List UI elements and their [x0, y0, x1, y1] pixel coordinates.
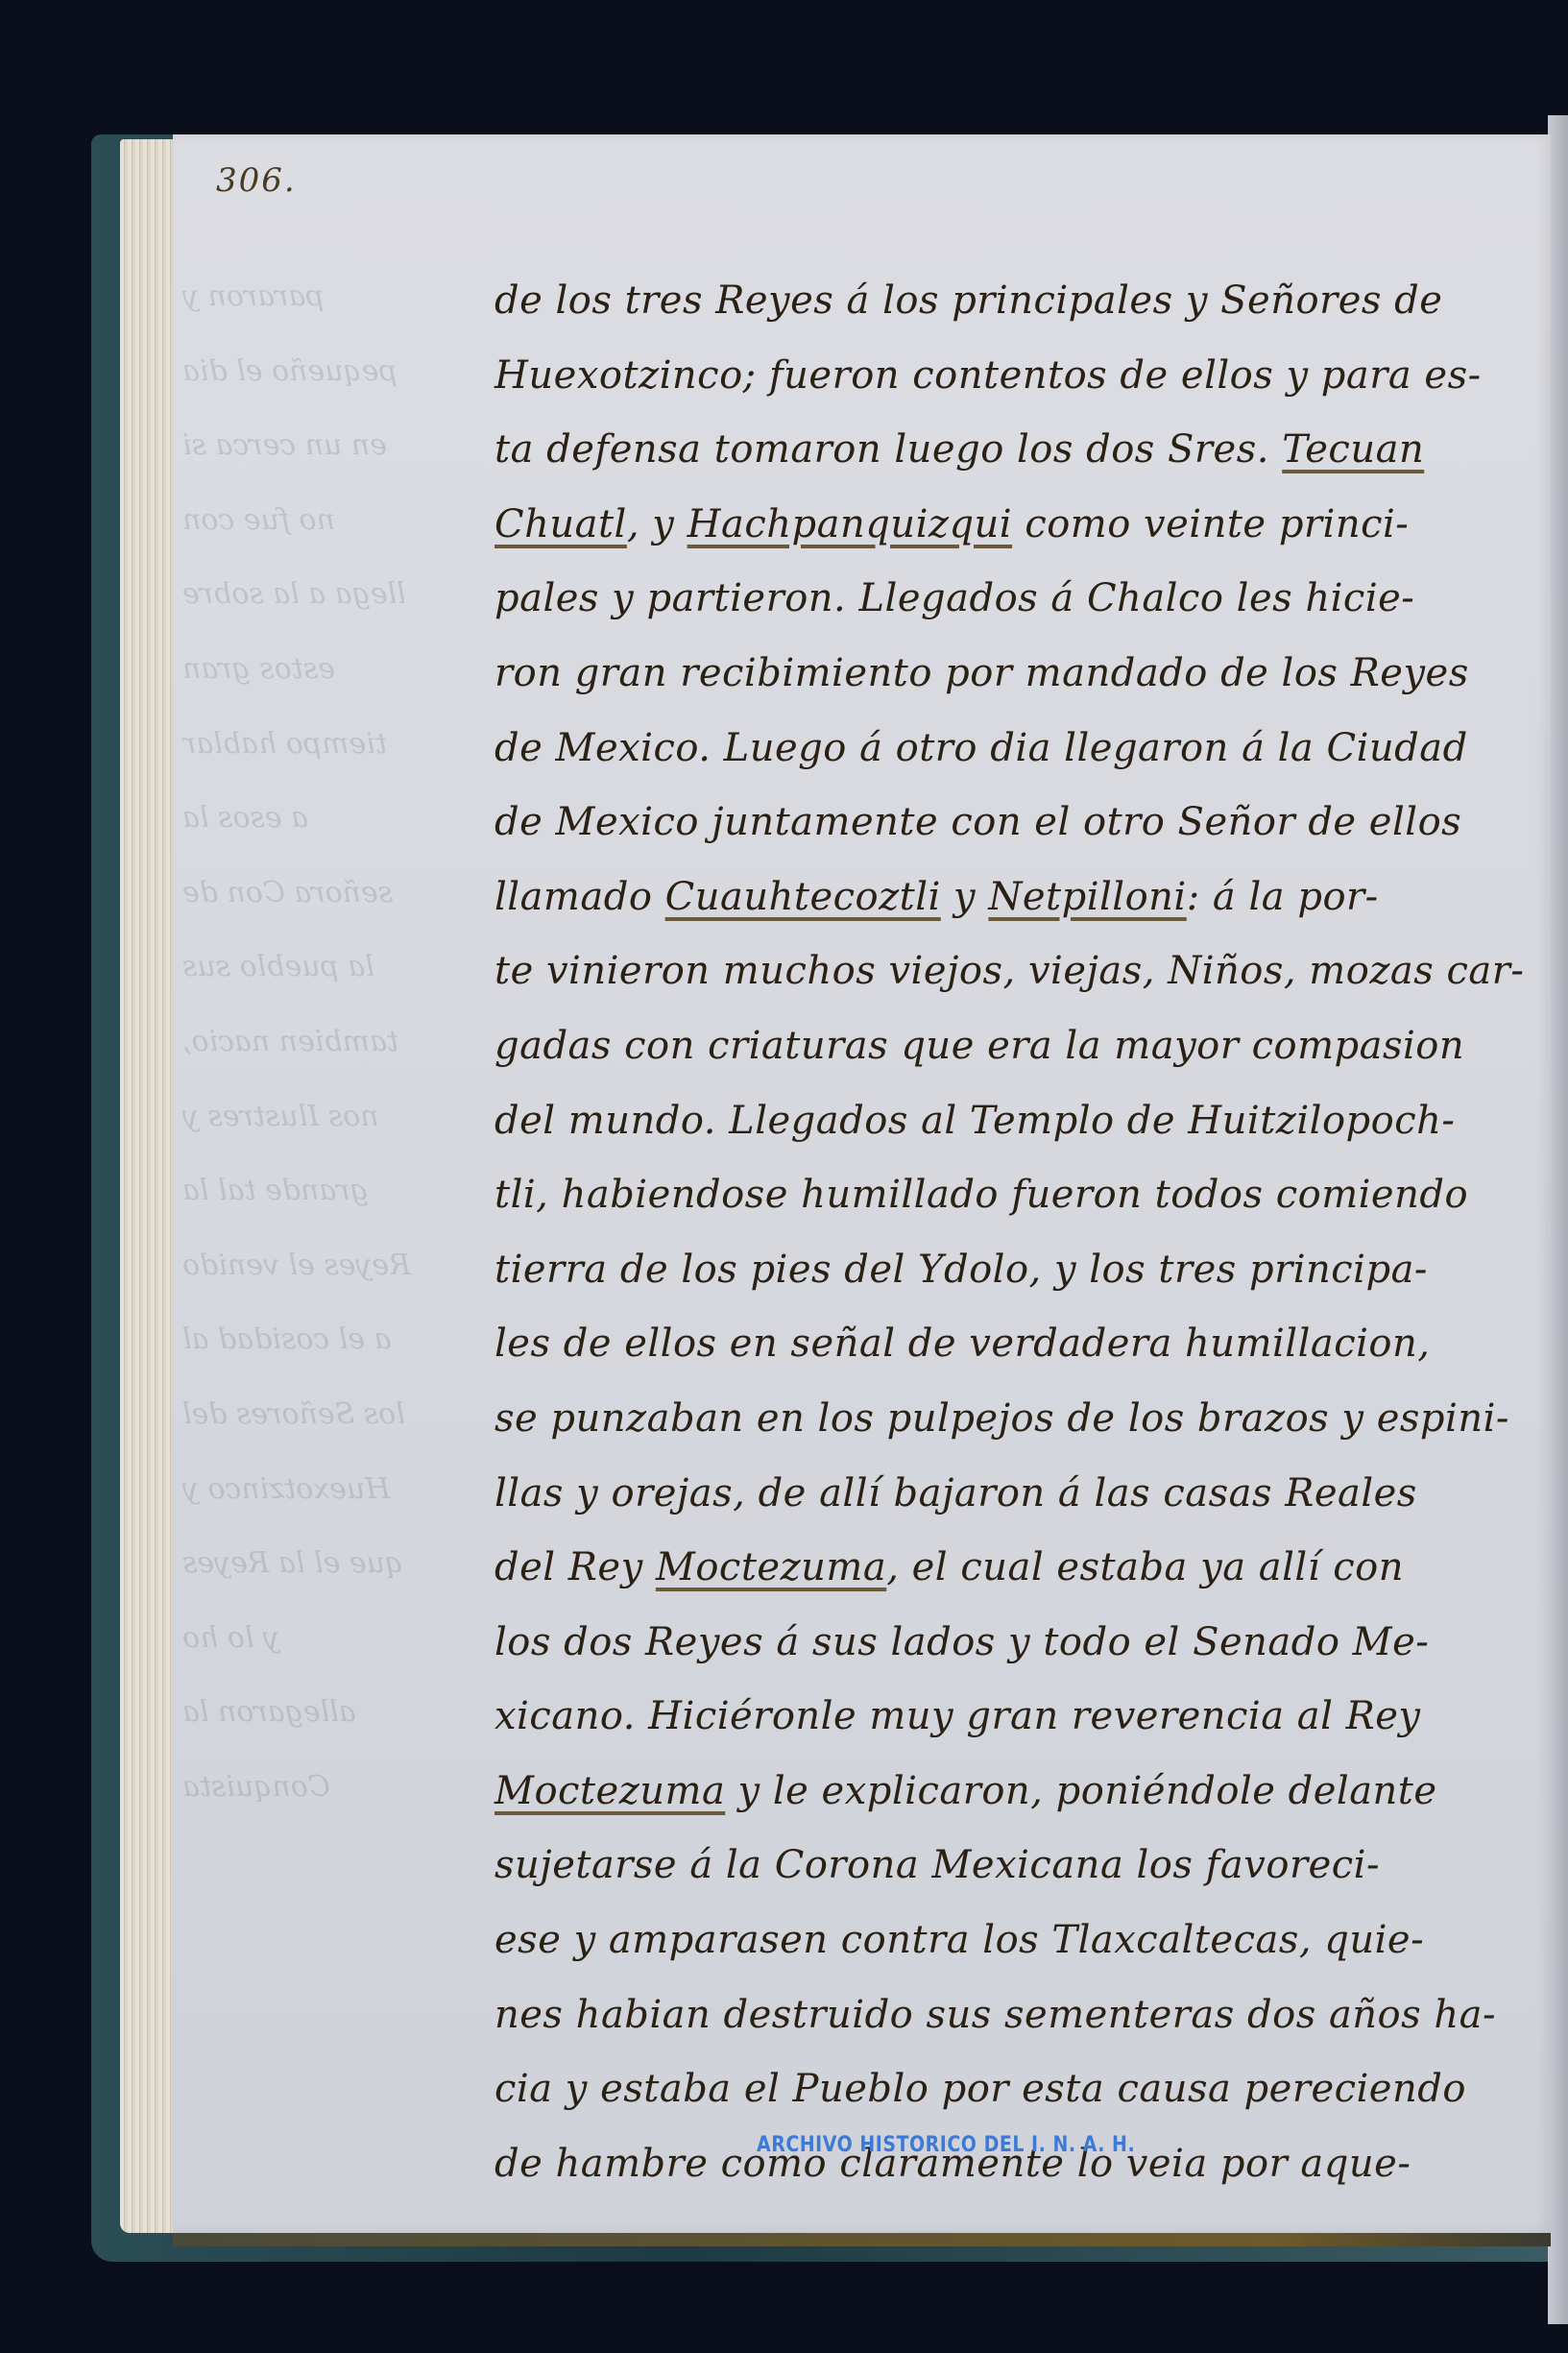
manuscript-line: cia y estaba el Pueblo por esta causa pe…	[495, 2052, 1536, 2127]
folio-number: 306.	[216, 161, 297, 200]
text-segment: : á la por-	[1187, 875, 1379, 919]
archive-stamp: ARCHIVO HISTORICO DEL I. N. A. H.	[757, 2132, 1135, 2156]
text-segment: sujetarse á la Corona Mexicana los favor…	[495, 1843, 1380, 1887]
facing-page-edge	[1548, 115, 1568, 2324]
manuscript-line: nes habian destruido sus sementeras dos …	[495, 1978, 1536, 2053]
text-segment: del Rey	[495, 1545, 656, 1589]
text-segment: ta defensa tomaron luego los dos Sres.	[495, 427, 1282, 472]
manuscript-line: ta defensa tomaron luego los dos Sres. T…	[495, 413, 1536, 488]
underlined-name: Cuauhtecoztli	[665, 875, 941, 919]
manuscript-line: ron gran recibimiento por mandado de los…	[495, 637, 1536, 712]
underlined-name: Moctezuma	[495, 1769, 725, 1813]
manuscript-line: tli, habiendose humillado fueron todos c…	[495, 1158, 1536, 1233]
manuscript-line: pales y partieron. Llegados á Chalco les…	[495, 562, 1536, 637]
manuscript-line: tierra de los pies del Ydolo, y los tres…	[495, 1233, 1536, 1308]
text-segment: llamado	[495, 875, 665, 919]
manuscript-line: sujetarse á la Corona Mexicana los favor…	[495, 1829, 1536, 1904]
text-segment: te vinieron muchos viejos, viejas, Niños…	[495, 949, 1524, 993]
manuscript-line: xicano. Hiciéronle muy gran reverencia a…	[495, 1680, 1536, 1755]
text-segment: gadas con criaturas que era la mayor com…	[495, 1024, 1464, 1068]
text-segment: como veinte princi-	[1012, 502, 1409, 546]
manuscript-line: les de ellos en señal de verdadera humil…	[495, 1307, 1536, 1382]
text-segment: pales y partieron. Llegados á Chalco les…	[495, 576, 1414, 620]
text-segment: tli, habiendose humillado fueron todos c…	[495, 1173, 1468, 1217]
manuscript-line: se punzaban en los pulpejos de los brazo…	[495, 1382, 1536, 1457]
underlined-name: Moctezuma	[656, 1545, 886, 1589]
manuscript-line: gadas con criaturas que era la mayor com…	[495, 1009, 1536, 1084]
manuscript-line: Chuatl, y Hachpanquizqui como veinte pri…	[495, 488, 1536, 563]
text-segment: les de ellos en señal de verdadera humil…	[495, 1322, 1430, 1366]
manuscript-line: los dos Reyes á sus lados y todo el Sena…	[495, 1606, 1536, 1681]
manuscript-line: de Mexico juntamente con el otro Señor d…	[495, 786, 1536, 861]
text-segment: , y	[627, 502, 688, 546]
text-segment: ese y amparasen contra los Tlaxcaltecas,…	[495, 1918, 1424, 1962]
text-segment: y	[941, 875, 989, 919]
text-segment: , el cual estaba ya allí con	[886, 1545, 1404, 1589]
text-segment: de Mexico juntamente con el otro Señor d…	[495, 800, 1461, 844]
text-segment: cia y estaba el Pueblo por esta causa pe…	[495, 2067, 1466, 2111]
manuscript-line: llas y orejas, de allí bajaron á las cas…	[495, 1457, 1536, 1532]
manuscript-line: del Rey Moctezuma, el cual estaba ya all…	[495, 1531, 1536, 1606]
underlined-name: Tecuan	[1282, 427, 1424, 472]
text-segment: ron gran recibimiento por mandado de los…	[495, 651, 1469, 695]
manuscript-line: ese y amparasen contra los Tlaxcaltecas,…	[495, 1904, 1536, 1978]
text-segment: xicano. Hiciéronle muy gran reverencia a…	[495, 1694, 1421, 1738]
page-bottom-edge	[173, 2233, 1551, 2246]
manuscript-line: Huexotzinco; fueron contentos de ellos y…	[495, 339, 1536, 414]
manuscript-line: de Mexico. Luego á otro dia llegaron á l…	[495, 712, 1536, 787]
text-segment: los dos Reyes á sus lados y todo el Sena…	[495, 1620, 1429, 1664]
text-segment: llas y orejas, de allí bajaron á las cas…	[495, 1471, 1417, 1516]
manuscript-line: de los tres Reyes á los principales y Se…	[495, 264, 1536, 339]
text-segment: y le explicaron, poniéndole delante	[725, 1769, 1436, 1813]
text-segment: de los tres Reyes á los principales y Se…	[495, 279, 1442, 323]
text-segment: tierra de los pies del Ydolo, y los tres…	[495, 1248, 1428, 1292]
underlined-name: Hachpanquizqui	[688, 502, 1013, 546]
text-segment: del mundo. Llegados al Templo de Huitzil…	[495, 1099, 1455, 1143]
manuscript-line: Moctezuma y le explicaron, poniéndole de…	[495, 1755, 1536, 1830]
underlined-name: Chuatl	[495, 502, 627, 546]
text-segment: Huexotzinco; fueron contentos de ellos y…	[495, 353, 1482, 398]
manuscript-line: del mundo. Llegados al Templo de Huitzil…	[495, 1084, 1536, 1159]
text-segment: de Mexico. Luego á otro dia llegaron á l…	[495, 726, 1468, 770]
underlined-name: Netpilloni	[988, 875, 1186, 919]
manuscript-line: llamado Cuauhtecoztli y Netpilloni: á la…	[495, 861, 1536, 935]
handwritten-text-block: de los tres Reyes á los principales y Se…	[495, 264, 1536, 2201]
bleed-through-text: pararon y pequeño el dia en un cerca si …	[182, 259, 413, 2084]
text-segment: se punzaban en los pulpejos de los brazo…	[495, 1396, 1509, 1441]
page-edges	[120, 139, 178, 2233]
manuscript-line: te vinieron muchos viejos, viejas, Niños…	[495, 934, 1536, 1009]
text-segment: nes habian destruido sus sementeras dos …	[495, 1993, 1496, 2037]
